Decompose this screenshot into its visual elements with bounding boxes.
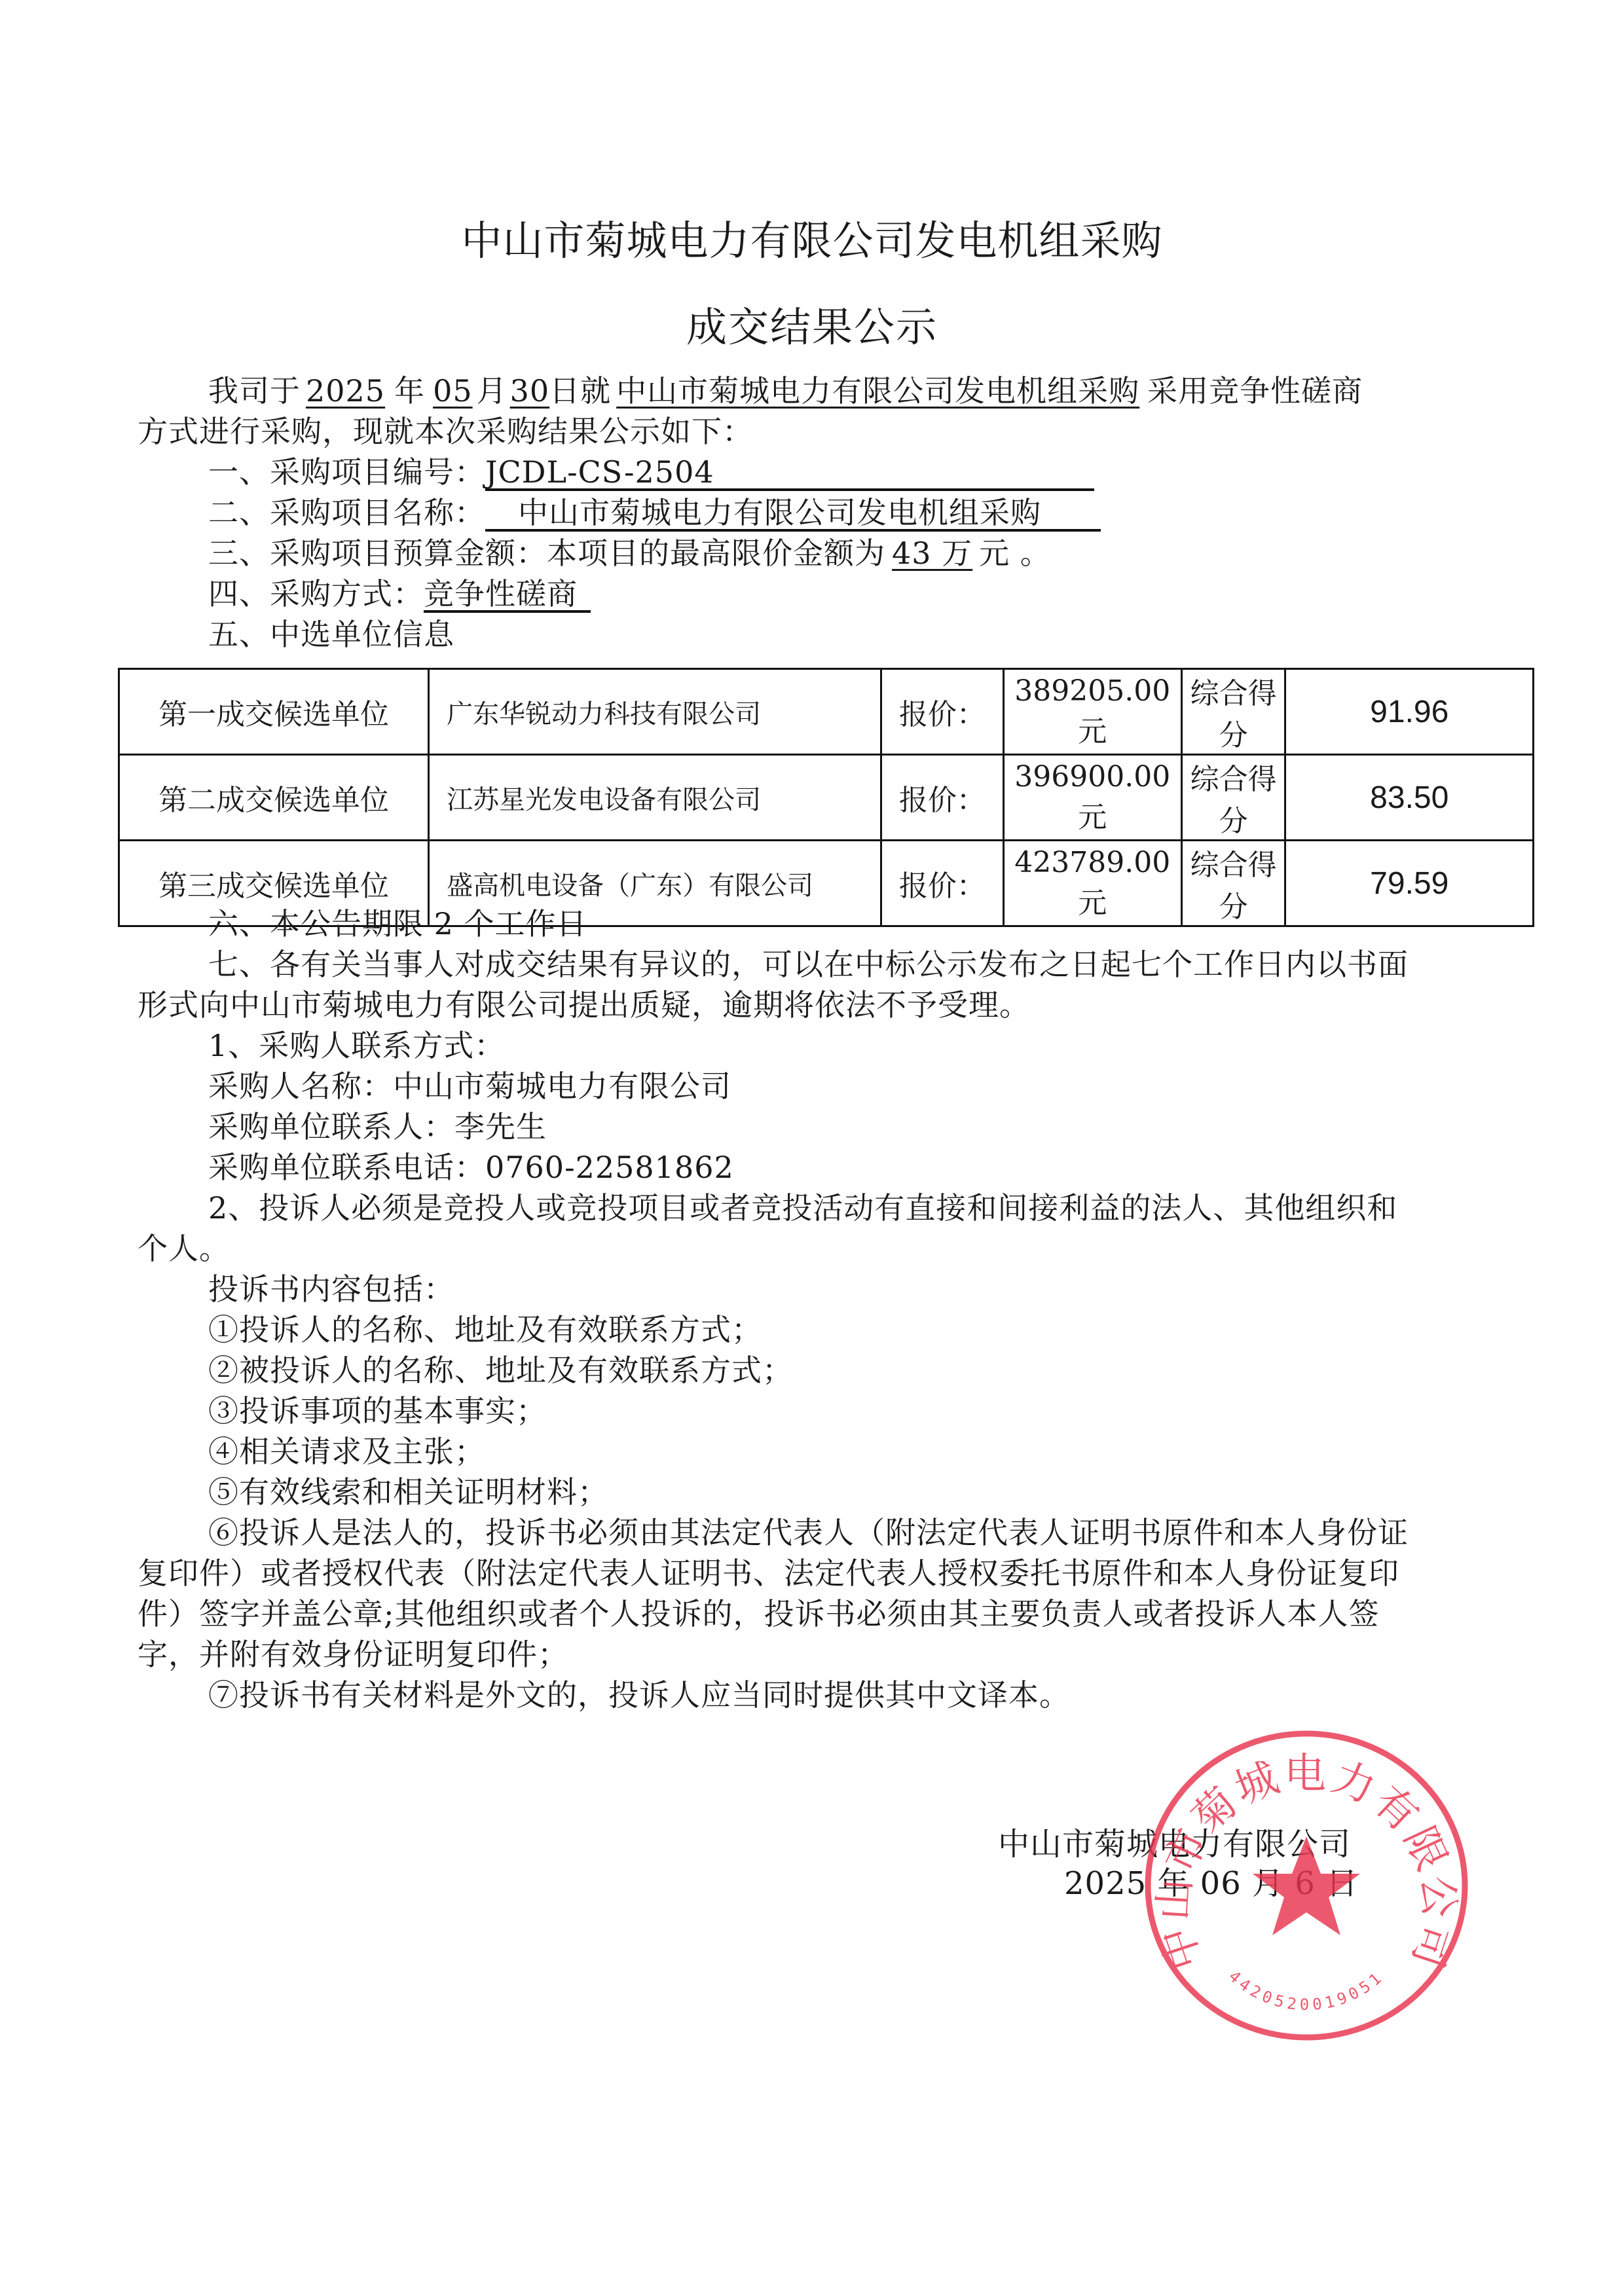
candidate-price: 389205.00 元 [1003, 669, 1181, 755]
candidate-score: 79.59 [1285, 841, 1534, 926]
intro-year: 2025 [301, 373, 390, 409]
complaint-contents-heading: 投诉书内容包括： [208, 1269, 454, 1309]
table-row: 第二成交候选单位 江苏星光发电设备有限公司 报价： 396900.00 元 综合… [119, 755, 1534, 841]
item-project-name: 二、采购项目名称：中山市菊城电力有限公司发电机组采购 [208, 492, 1101, 533]
complaint-item-6-line1: ⑥投诉人是法人的，投诉书必须由其法定代表人（附法定代表人证明书原件和本人身份证 [208, 1512, 1409, 1553]
candidate-price: 423789.00 元 [1003, 841, 1181, 926]
candidate-price: 396900.00 元 [1003, 755, 1181, 841]
project-name-value: 中山市菊城电力有限公司发电机组采购 [485, 496, 1101, 532]
company-seal-icon: 中山市菊城电力有限公司 4420520019051 [1143, 1728, 1470, 2043]
candidate-score: 91.96 [1285, 669, 1534, 755]
complaint-item-1: ①投诉人的名称、地址及有效联系方式； [208, 1309, 762, 1350]
candidate-score: 83.50 [1285, 755, 1534, 841]
table-row: 第一成交候选单位 广东华锐动力科技有限公司 报价： 389205.00 元 综合… [119, 669, 1534, 755]
notice-period: 六、本公告期限 2 个工作日 [208, 903, 587, 944]
buyer-name: 采购人名称：中山市菊城电力有限公司 [208, 1066, 731, 1106]
item-budget: 三、采购项目预算金额：本项目的最高限价金额为43 万元 。 [208, 533, 1051, 574]
budget-value: 43 万 [892, 536, 972, 571]
complainant-line2: 个人。 [138, 1228, 230, 1269]
item-method: 四、采购方式：竞争性磋商 [208, 574, 591, 614]
contact-heading: 1、采购人联系方式： [208, 1025, 505, 1066]
intro-project: 中山市菊城电力有限公司发电机组采购 [611, 373, 1145, 409]
candidate-company: 江苏星光发电设备有限公司 [429, 755, 881, 841]
complaint-item-2: ②被投诉人的名称、地址及有效联系方式； [208, 1350, 793, 1391]
price-label: 报价： [881, 669, 1003, 755]
objection-line2: 形式向中山市菊城电力有限公司提出质疑，逾期将依法不予受理。 [138, 985, 1030, 1025]
price-label: 报价： [881, 841, 1003, 926]
intro-paragraph-line2: 方式进行采购，现就本次采购结果公示如下： [138, 411, 753, 452]
objection-line1: 七、各有关当事人对成交结果有异议的，可以在中标公示发布之日起七个工作日内以书面 [208, 944, 1409, 985]
contact-person: 采购单位联系人：李先生 [208, 1106, 547, 1147]
complaint-item-6-line4: 字，并附有效身份证明复印件； [138, 1634, 568, 1675]
svg-text:4420520019051: 4420520019051 [1225, 1967, 1388, 2014]
intro-month: 05 [429, 373, 477, 409]
document-subtitle: 成交结果公示 [0, 295, 1624, 353]
method-value: 竞争性磋商 [424, 577, 591, 613]
item-project-number: 一、采购项目编号：JCDL-CS-2504 [208, 452, 1094, 492]
complaint-item-7: ⑦投诉书有关材料是外文的，投诉人应当同时提供其中文译本。 [208, 1675, 1070, 1715]
project-number-value: JCDL-CS-2504 [485, 456, 1094, 491]
complaint-item-6-line2: 复印件）或者授权代表（附法定代表人证明书、法定代表人授权委托书原件和本人身份证复… [138, 1553, 1399, 1594]
complaint-item-3: ③投诉事项的基本事实； [208, 1391, 547, 1431]
candidate-rank: 第二成交候选单位 [119, 755, 429, 841]
item-winner-info-heading: 五、中选单位信息 [208, 614, 454, 655]
complaint-item-6-line3: 件）签字并盖公章;其他组织或者个人投诉的，投诉书必须由其主要负责人或者投诉人本人… [138, 1594, 1380, 1634]
price-label: 报价： [881, 755, 1003, 841]
score-label: 综合得分 [1181, 755, 1285, 841]
complaint-item-4: ④相关请求及主张； [208, 1431, 485, 1472]
seal-star-icon [1253, 1836, 1360, 1935]
contact-phone: 采购单位联系电话：0760-22581862 [208, 1147, 734, 1188]
intro-day: 30 [510, 373, 550, 409]
document-title: 中山市菊城电力有限公司发电机组采购 [0, 208, 1624, 266]
score-label: 综合得分 [1181, 841, 1285, 926]
intro-paragraph-line1: 我司于2025年05月30日就中山市菊城电力有限公司发电机组采购采用竞争性磋商 [208, 371, 1363, 411]
score-label: 综合得分 [1181, 669, 1285, 755]
complainant-line1: 2、投诉人必须是竞投人或竞投项目或者竞投活动有直接和间接利益的法人、其他组织和 [208, 1188, 1397, 1228]
candidates-table: 第一成交候选单位 广东华锐动力科技有限公司 报价： 389205.00 元 综合… [118, 668, 1534, 927]
candidate-company: 广东华锐动力科技有限公司 [429, 669, 881, 755]
candidate-rank: 第一成交候选单位 [119, 669, 429, 755]
complaint-item-5: ⑤有效线索和相关证明材料； [208, 1472, 608, 1512]
